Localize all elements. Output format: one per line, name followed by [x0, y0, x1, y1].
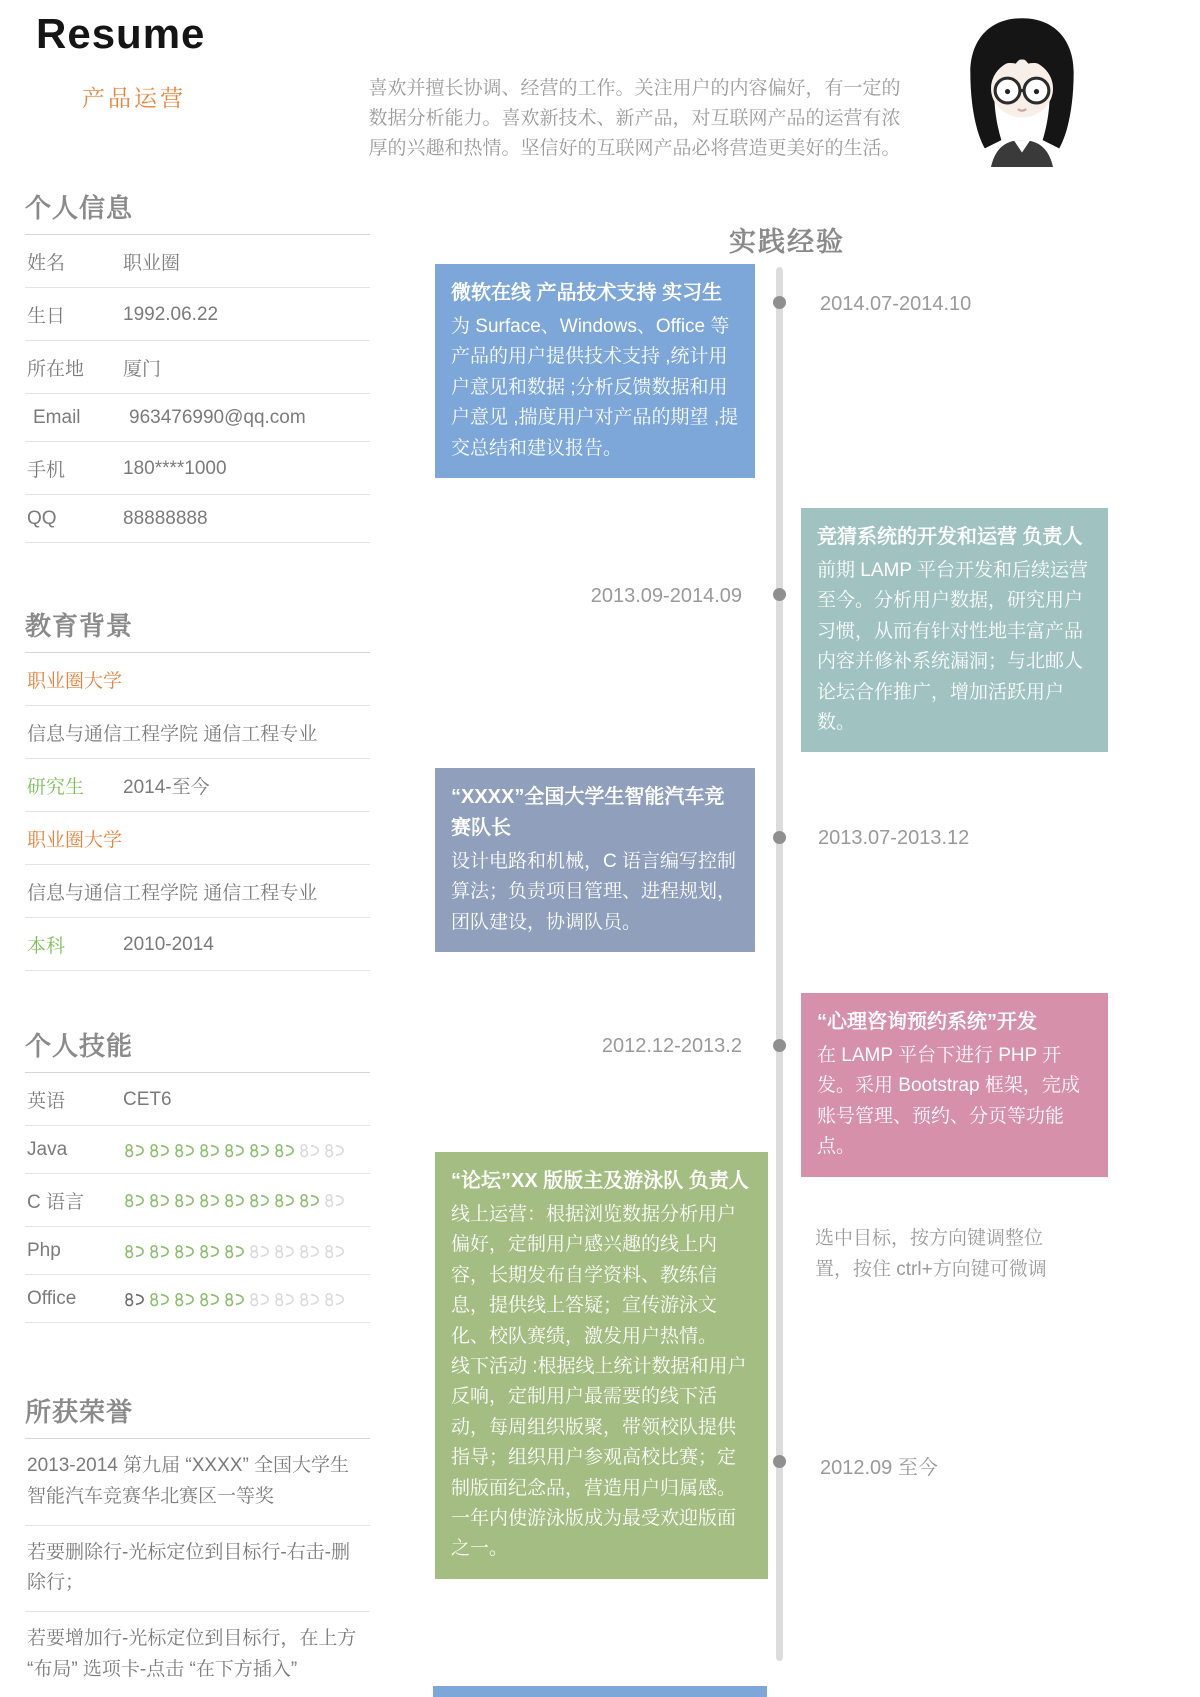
- timeline-dot: [773, 296, 786, 309]
- edu-degree: 研究生: [27, 772, 123, 799]
- experience-body: 前期 LAMP 平台开发和后续运营至今。分析用户数据，研究用户习惯，从而有针对性…: [817, 556, 1092, 738]
- skill-level-icon: [323, 1193, 347, 1208]
- info-label: QQ: [27, 508, 123, 530]
- edu-degree-row: 研究生 2014-至今: [25, 759, 370, 812]
- info-label: 生日: [27, 301, 123, 328]
- edu-degree: 本科: [27, 931, 123, 958]
- skill-level-icon: [323, 1292, 347, 1307]
- info-label: Email: [27, 407, 129, 429]
- skill-level-icon: [123, 1143, 147, 1158]
- skill-level-icon: [148, 1244, 172, 1259]
- experience-title: “论坛”XX 版版主及游泳队 负责人: [451, 1166, 752, 1197]
- info-row: QQ 88888888: [25, 495, 370, 543]
- experience-body: 为 Surface、Windows、Office 等产品的用户提供技术支持 ,统…: [451, 312, 739, 464]
- experience-title: “XXXX”全国大学生智能汽车竞赛队长: [451, 782, 739, 844]
- skill-level-icon: [123, 1292, 147, 1307]
- skill-level-icon: [123, 1244, 147, 1259]
- skill-row: Office: [25, 1275, 370, 1323]
- skill-row: Java: [25, 1126, 370, 1174]
- info-label: 手机: [27, 455, 123, 482]
- skill-level-icon: [248, 1143, 272, 1158]
- experience-body: 线上运营：根据浏览数据分析用户偏好，定制用户感兴趣的线上内容，长期发布自学资料、…: [451, 1200, 752, 1565]
- experience-card-microsoft: 微软在线 产品技术支持 实习生 为 Surface、Windows、Office…: [435, 264, 755, 478]
- skill-level-icon: [198, 1292, 222, 1307]
- skill-label: C 语言: [27, 1187, 123, 1214]
- section-heading-personal: 个人信息: [25, 188, 370, 235]
- experience-body: 在 LAMP 平台下进行 PHP 开发。采用 Bootstrap 框架，完成账号…: [817, 1041, 1092, 1163]
- edu-degree-row: 本科 2010-2014: [25, 918, 370, 971]
- skill-level-icon: [148, 1292, 172, 1307]
- timeline-dot: [773, 588, 786, 601]
- skill-level-text: CET6: [123, 1089, 172, 1111]
- info-value: 职业圈: [123, 248, 180, 275]
- skill-level-icon: [148, 1193, 172, 1208]
- skill-level-icon: [173, 1244, 197, 1259]
- experience-card-forum-swim-team: “论坛”XX 版版主及游泳队 负责人 线上运营：根据浏览数据分析用户偏好，定制用…: [435, 1152, 768, 1579]
- honor-item: 若要增加行-光标定位到目标行，在上方 “布局” 选项卡-点击 “在下方插入”: [25, 1612, 370, 1697]
- skill-label: Php: [27, 1240, 123, 1262]
- avatar: [948, 12, 1096, 167]
- info-label: 姓名: [27, 248, 123, 275]
- skill-level-icon: [273, 1292, 297, 1307]
- honor-item: 若要删除行-光标定位到目标行-右击-删除行；: [25, 1526, 370, 1613]
- skill-level-icon: [298, 1292, 322, 1307]
- skill-row: 英语 CET6: [25, 1073, 370, 1126]
- skill-level-icon: [273, 1193, 297, 1208]
- skill-level-icon: [323, 1143, 347, 1158]
- resume-page: Resume 产品运营 喜欢并擅长协调、经营的工作。关注用户的内容偏好，有一定的…: [0, 0, 1200, 1697]
- section-heading-experience: 实践经验: [637, 220, 937, 259]
- skill-level-icon: [248, 1244, 272, 1259]
- info-value: 963476990@qq.com: [129, 407, 306, 429]
- skill-level-icon: [223, 1292, 247, 1307]
- info-value: 1992.06.22: [123, 304, 218, 326]
- info-row: 姓名 职业圈: [25, 235, 370, 288]
- honor-item: 2013-2014 第九届 “XXXX” 全国大学生智能汽车竞赛华北赛区一等奖: [25, 1439, 370, 1526]
- skill-label: 英语: [27, 1086, 123, 1113]
- experience-body: 设计电路和机械，C 语言编写控制算法；负责项目管理、进程规划，团队建设，协调队员…: [451, 847, 739, 938]
- skill-level-icon: [298, 1193, 322, 1208]
- skill-level-icon: [223, 1143, 247, 1158]
- skill-level-icon: [223, 1193, 247, 1208]
- skill-level-icon: [148, 1143, 172, 1158]
- timeline-line: [776, 267, 783, 1661]
- skill-level-icon: [173, 1143, 197, 1158]
- skill-level-icon: [198, 1143, 222, 1158]
- edu-period: 2014-至今: [123, 772, 210, 799]
- timeline-dot: [773, 1039, 786, 1052]
- experience-card-smart-car: “XXXX”全国大学生智能汽车竞赛队长 设计电路和机械，C 语言编写控制算法；负…: [435, 768, 755, 952]
- timeline-dot: [773, 1455, 786, 1468]
- skill-level-icon: [173, 1292, 197, 1307]
- info-value: 180****1000: [123, 458, 227, 480]
- info-row: 手机 180****1000: [25, 442, 370, 495]
- personal-info-section: 个人信息 姓名 职业圈 生日 1992.06.22 所在地 厦门 Email 9…: [25, 188, 370, 543]
- info-row: 所在地 厦门: [25, 341, 370, 394]
- experience-card-quiz-system: 竞猜系统的开发和运营 负责人 前期 LAMP 平台开发和后续运营至今。分析用户数…: [801, 508, 1108, 752]
- experience-date: 2012.12-2013.2: [540, 1035, 742, 1058]
- job-target-label: 产品运营: [82, 80, 186, 113]
- girl-avatar-illustration: [948, 12, 1096, 167]
- skill-level-icon: [248, 1193, 272, 1208]
- editing-hint-note: 选中目标，按方向键调整位置，按住 ctrl+方向键可微调: [815, 1224, 1060, 1286]
- timeline-dot: [773, 831, 786, 844]
- edu-school: 职业圈大学: [25, 812, 370, 865]
- experience-title: 微软在线 产品技术支持 实习生: [451, 278, 739, 309]
- skill-level-icon: [298, 1143, 322, 1158]
- experience-date: 2013.09-2014.09: [540, 585, 742, 608]
- skill-level-icon: [323, 1244, 347, 1259]
- skill-label: Office: [27, 1288, 123, 1310]
- section-heading-skills: 个人技能: [25, 1026, 370, 1073]
- experience-title: 竞猜系统的开发和运营 负责人: [817, 522, 1092, 553]
- education-section: 教育背景 职业圈大学 信息与通信工程学院 通信工程专业 研究生 2014-至今 …: [25, 606, 370, 971]
- experience-date: 2013.07-2013.12: [818, 827, 969, 850]
- info-row: Email 963476990@qq.com: [25, 394, 370, 442]
- edu-department: 信息与通信工程学院 通信工程专业: [25, 706, 370, 759]
- skill-level-icons: [123, 1193, 348, 1208]
- edu-period: 2010-2014: [123, 934, 214, 956]
- self-summary: 喜欢并擅长协调、经营的工作。关注用户的内容偏好，有一定的数据分析能力。喜欢新技术…: [362, 74, 907, 164]
- skill-row: C 语言: [25, 1174, 370, 1227]
- skill-level-icon: [198, 1244, 222, 1259]
- edu-school: 职业圈大学: [25, 653, 370, 706]
- info-value: 88888888: [123, 508, 208, 530]
- skill-level-icons: [123, 1244, 348, 1259]
- skill-level-icon: [198, 1193, 222, 1208]
- cutoff-card-strip: [433, 1686, 767, 1697]
- skill-level-icon: [248, 1292, 272, 1307]
- skill-level-icon: [273, 1143, 297, 1158]
- skill-level-icon: [273, 1244, 297, 1259]
- skill-level-icon: [123, 1193, 147, 1208]
- section-heading-education: 教育背景: [25, 606, 370, 653]
- skill-level-icons: [123, 1143, 348, 1158]
- experience-date: 2012.09 至今: [820, 1451, 938, 1480]
- edu-department: 信息与通信工程学院 通信工程专业: [25, 865, 370, 918]
- page-title: Resume: [36, 10, 205, 58]
- experience-date: 2014.07-2014.10: [820, 293, 971, 316]
- info-row: 生日 1992.06.22: [25, 288, 370, 341]
- experience-card-counseling-system: “心理咨询预约系统”开发 在 LAMP 平台下进行 PHP 开发。采用 Boot…: [801, 993, 1108, 1177]
- section-heading-honors: 所获荣誉: [25, 1392, 370, 1439]
- skill-level-icons: [123, 1292, 348, 1307]
- skill-level-icon: [173, 1193, 197, 1208]
- skills-section: 个人技能 英语 CET6 Java C 语言 Php Office: [25, 1026, 370, 1323]
- skill-level-icon: [298, 1244, 322, 1259]
- skill-level-icon: [223, 1244, 247, 1259]
- skill-label: Java: [27, 1139, 123, 1161]
- experience-title: “心理咨询预约系统”开发: [817, 1007, 1092, 1038]
- info-value: 厦门: [123, 354, 161, 381]
- skill-row: Php: [25, 1227, 370, 1275]
- info-label: 所在地: [27, 354, 123, 381]
- honors-section: 所获荣誉 2013-2014 第九届 “XXXX” 全国大学生智能汽车竞赛华北赛…: [25, 1392, 370, 1697]
